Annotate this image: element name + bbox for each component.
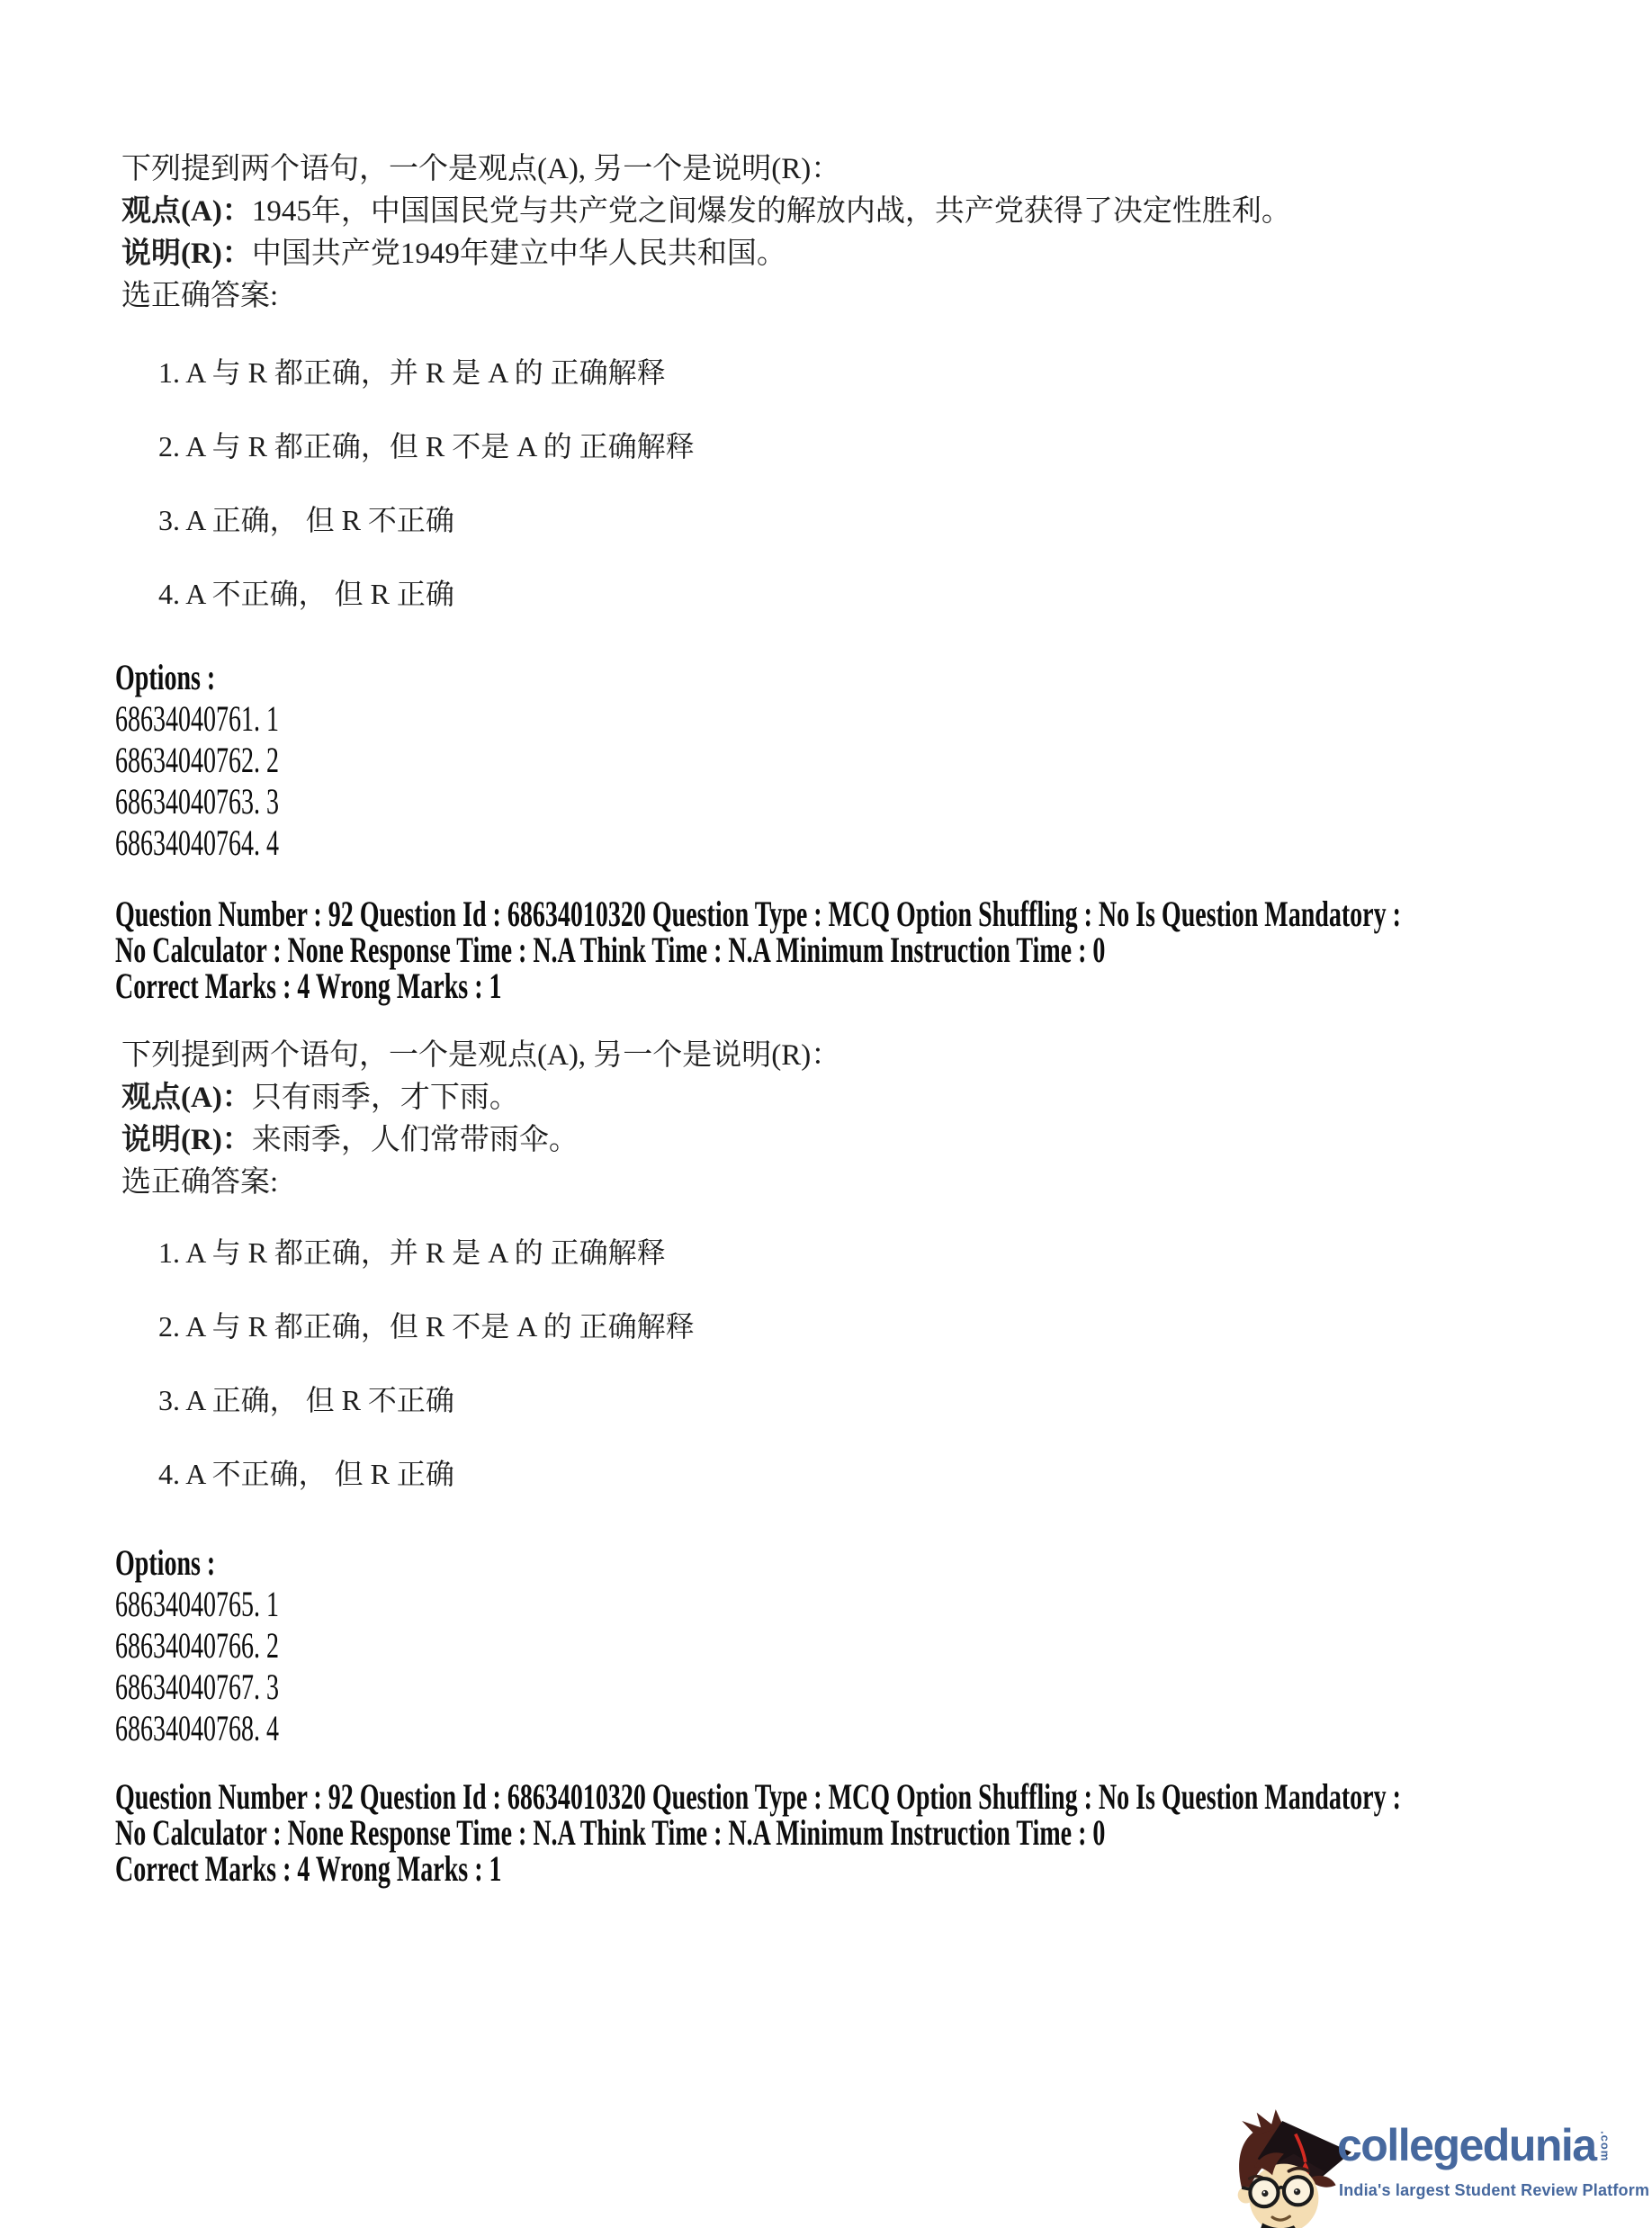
meta-line: No Calculator : None Response Time : N.A… <box>115 932 1652 968</box>
question-intro: 下列提到两个语句，一个是观点(A), 另一个是说明(R)： <box>121 148 1291 191</box>
brand-tagline: India's largest Student Review Platform <box>1339 2181 1649 2200</box>
meta-marks-line: Correct Marks : 4 Wrong Marks : 1 <box>115 1851 1652 1887</box>
assertion-text: 只有雨季，才下雨。 <box>252 1082 519 1114</box>
assertion-text: 1945年，中国国民党与共产党之间爆发的解放内战，共产党获得了决定性胜利。 <box>252 195 1291 228</box>
option-id: 68634040761. 1 <box>115 698 349 740</box>
reason-label: 说明(R)： <box>121 238 252 270</box>
choose-prompt: 选正确答案: <box>121 275 1291 318</box>
choice-2: 2. A 与 R 都正确，但 R 不是 A 的 正确解释 <box>158 1309 695 1343</box>
reason-line: 说明(R)：来雨季，人们常带雨伞。 <box>121 1119 840 1162</box>
question-1-metadata: Question Number : 92 Question Id : 68634… <box>115 896 1652 1004</box>
reason-label: 说明(R)： <box>121 1124 252 1156</box>
choose-prompt: 选正确答案: <box>121 1162 840 1204</box>
assertion-label: 观点(A)： <box>121 1082 252 1114</box>
choice-4: 4. A 不正确， 但 R 正确 <box>158 1457 695 1491</box>
question-intro: 下列提到两个语句，一个是观点(A), 另一个是说明(R)： <box>121 1035 840 1077</box>
brand-row: collegedunia .com <box>1337 2120 1612 2170</box>
reason-text: 中国共产党1949年建立中华人民共和国。 <box>252 238 786 270</box>
option-id: 68634040763. 3 <box>115 781 349 822</box>
option-id: 68634040766. 2 <box>115 1625 349 1667</box>
question-2-choices: 1. A 与 R 都正确，并 R 是 A 的 正确解释 2. A 与 R 都正确… <box>158 1235 695 1531</box>
meta-line: Question Number : 92 Question Id : 68634… <box>115 1779 1652 1815</box>
brand-tld: .com <box>1599 2131 1612 2161</box>
assertion-label: 观点(A)： <box>121 195 252 228</box>
option-id: 68634040764. 4 <box>115 822 349 864</box>
choice-1: 1. A 与 R 都正确，并 R 是 A 的 正确解释 <box>158 355 695 390</box>
choice-2: 2. A 与 R 都正确，但 R 不是 A 的 正确解释 <box>158 429 695 463</box>
question-1-text: 下列提到两个语句，一个是观点(A), 另一个是说明(R)： 观点(A)：1945… <box>121 148 1291 318</box>
meta-marks-line: Correct Marks : 4 Wrong Marks : 1 <box>115 968 1652 1004</box>
option-id: 68634040762. 2 <box>115 740 349 781</box>
choice-4: 4. A 不正确， 但 R 正确 <box>158 577 695 611</box>
option-id: 68634040768. 4 <box>115 1708 349 1749</box>
collegedunia-logo: collegedunia .com India's largest Studen… <box>1231 2089 1652 2228</box>
brand-name: collegedunia <box>1337 2120 1596 2170</box>
meta-line: No Calculator : None Response Time : N.A… <box>115 1815 1652 1851</box>
question-2-options-block: Options : 68634040765. 1 68634040766. 2 … <box>115 1542 349 1749</box>
reason-text: 来雨季，人们常带雨伞。 <box>252 1124 579 1156</box>
question-1-options-block: Options : 68634040761. 1 68634040762. 2 … <box>115 657 349 864</box>
options-label: Options : <box>115 1542 349 1584</box>
choice-3: 3. A 正确， 但 R 不正确 <box>158 503 695 537</box>
assertion-line: 观点(A)：1945年，中国国民党与共产党之间爆发的解放内战，共产党获得了决定性… <box>121 191 1291 233</box>
question-2-metadata: Question Number : 92 Question Id : 68634… <box>115 1779 1652 1887</box>
choice-1: 1. A 与 R 都正确，并 R 是 A 的 正确解释 <box>158 1235 695 1270</box>
reason-line: 说明(R)：中国共产党1949年建立中华人民共和国。 <box>121 233 1291 275</box>
option-id: 68634040767. 3 <box>115 1667 349 1708</box>
options-label: Options : <box>115 657 349 698</box>
question-2-text: 下列提到两个语句，一个是观点(A), 另一个是说明(R)： 观点(A)：只有雨季… <box>121 1035 840 1204</box>
choice-3: 3. A 正确， 但 R 不正确 <box>158 1383 695 1417</box>
exam-document-page: 下列提到两个语句，一个是观点(A), 另一个是说明(R)： 观点(A)：1945… <box>0 0 1652 2228</box>
assertion-line: 观点(A)：只有雨季，才下雨。 <box>121 1077 840 1119</box>
question-1-choices: 1. A 与 R 都正确，并 R 是 A 的 正确解释 2. A 与 R 都正确… <box>158 355 695 651</box>
meta-line: Question Number : 92 Question Id : 68634… <box>115 896 1652 932</box>
option-id: 68634040765. 1 <box>115 1584 349 1625</box>
